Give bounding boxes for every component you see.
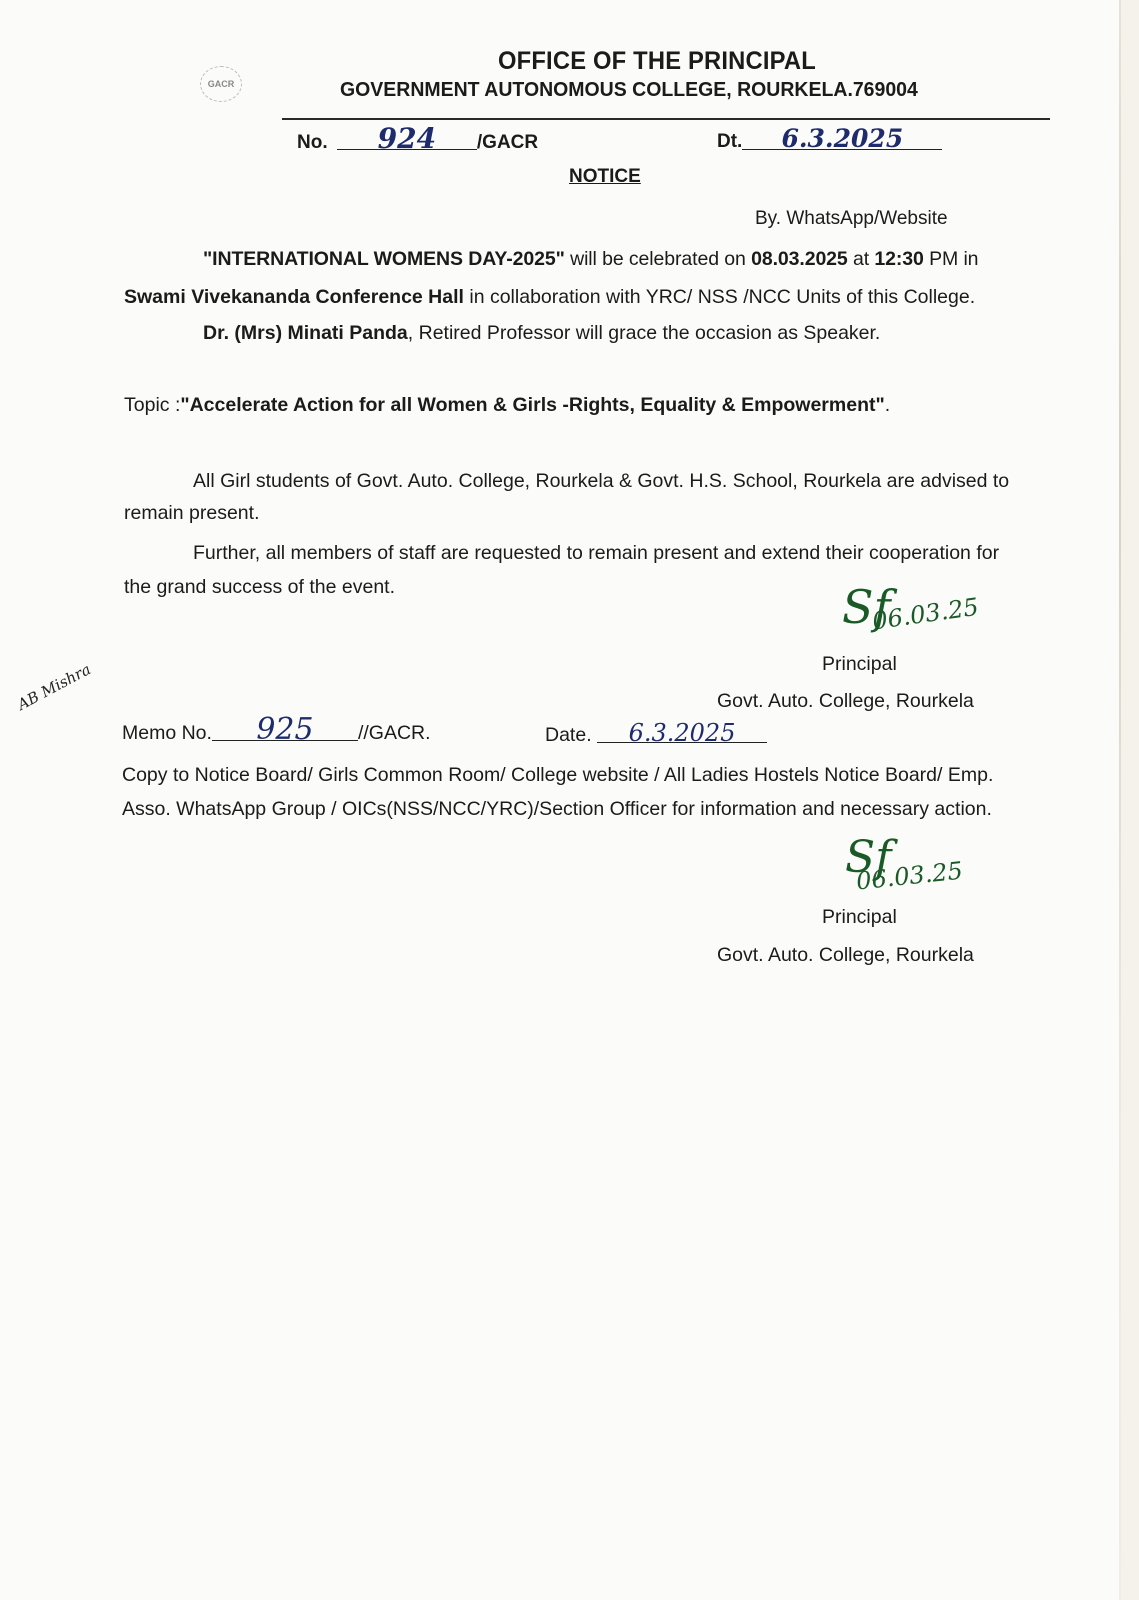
attendance-staff-line2: the grand success of the event. [124,576,395,599]
memo-no-label: Memo No. [122,722,212,744]
speaker-name: Dr. (Mrs) Minati Panda [203,322,408,344]
reference-no-label: No. [297,132,328,153]
copy-to-line2: Asso. WhatsApp Group / OICs(NSS/NCC/YRC)… [122,798,992,821]
text: , Retired Professor will grace the occas… [408,322,881,344]
side-initials-signature: AB Mishra [14,660,93,714]
text: . [885,394,890,416]
text: at [848,248,875,270]
memo-number: Memo No.925//GACR. [122,720,431,745]
reference-date-label: Dt. [717,131,742,152]
event-announcement-line3: Dr. (Mrs) Minati Panda, Retired Professo… [203,322,880,345]
topic-text: "Accelerate Action for all Women & Girls… [180,394,884,416]
college-emblem-icon: GACR [200,66,242,102]
event-time: 12:30 [874,248,923,270]
reference-no-value: 924 [337,129,477,150]
memo-date-value: 6.3.2025 [597,724,767,743]
text: in collaboration with YRC/ NSS /NCC Unit… [464,286,975,308]
emblem-text: GACR [208,79,235,89]
reference-no-suffix: /GACR [477,132,538,153]
event-venue: Swami Vivekananda Conference Hall [124,286,464,308]
topic-label: Topic : [124,394,180,416]
text: PM in [924,248,979,270]
notice-title: NOTICE [569,166,641,188]
signatory-institution: Govt. Auto. College, Rourkela [717,690,974,713]
memo-no-value: 925 [212,720,358,741]
event-announcement-line2: Swami Vivekananda Conference Hall in col… [124,286,975,309]
event-announcement-line1: "INTERNATIONAL WOMENS DAY-2025" will be … [203,248,978,271]
memo-date: Date. 6.3.2025 [545,724,767,747]
letterhead-title: OFFICE OF THE PRINCIPAL [498,47,816,76]
signatory-institution: Govt. Auto. College, Rourkela [717,944,974,967]
distribution-channel: By. WhatsApp/Website [755,208,948,230]
reference-number: No. 924/GACR [297,129,538,154]
event-topic: Topic :"Accelerate Action for all Women … [124,394,890,417]
page-edge-shadow [1121,0,1139,1600]
letterhead-divider [282,118,1050,120]
reference-date-value: 6.3.2025 [742,129,942,150]
event-name: "INTERNATIONAL WOMENS DAY-2025" [203,248,565,270]
signatory-designation: Principal [822,906,897,929]
reference-date: Dt.6.3.2025 [717,129,942,153]
letterhead-subtitle: GOVERNMENT AUTONOMOUS COLLEGE, ROURKELA.… [340,78,918,102]
memo-date-label: Date. [545,724,592,746]
event-date: 08.03.2025 [751,248,848,270]
attendance-students-line1: All Girl students of Govt. Auto. College… [193,470,1009,493]
page-edge [1119,0,1121,1600]
text: will be celebrated on [565,248,751,270]
attendance-students-line2: remain present. [124,502,259,525]
memo-no-suffix: //GACR. [358,722,431,744]
copy-to-line1: Copy to Notice Board/ Girls Common Room/… [122,764,993,787]
attendance-staff-line1: Further, all members of staff are reques… [193,542,999,565]
signatory-designation: Principal [822,653,897,676]
